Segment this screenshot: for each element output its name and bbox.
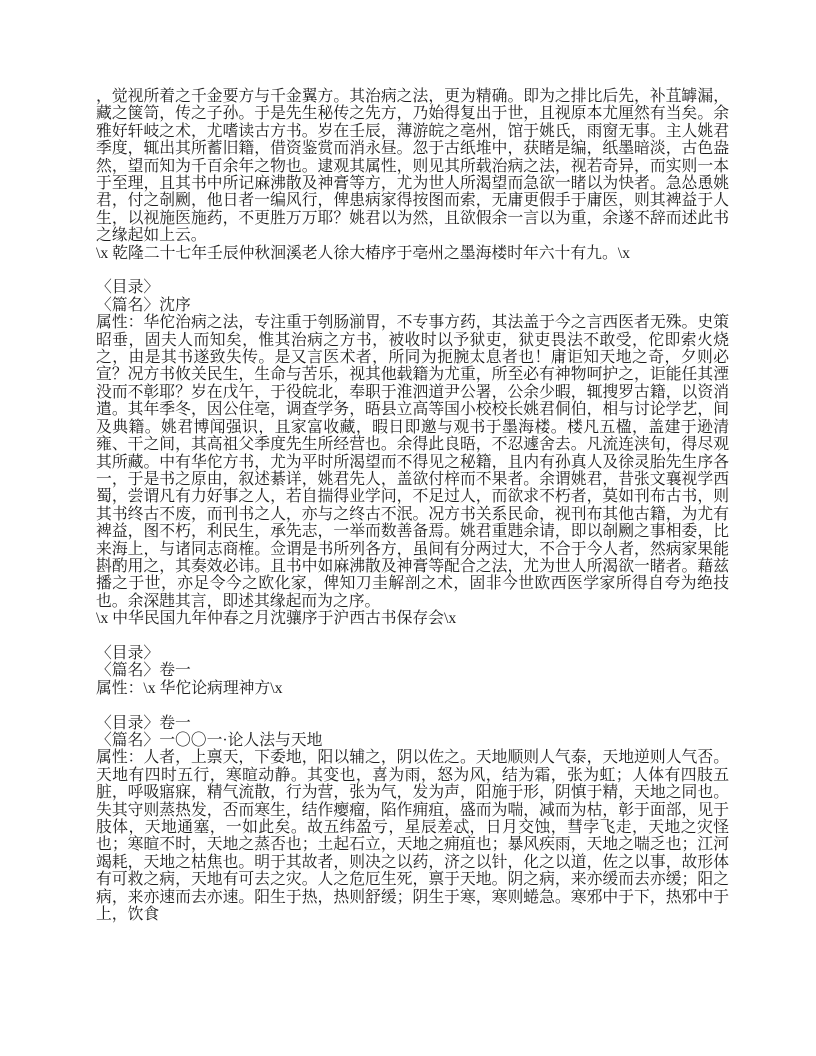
toc-tag-volume-one: 〈目录〉 (96, 645, 729, 662)
chapter-1001-paragraph: 属性：人者，上禀天，下委地，阳以辅之，阴以佐之。天地顺则人气泰，天地逆则人气否。… (96, 749, 729, 923)
xu-preface-paragraph: ，觉视所着之千金要方与千金翼方。其治病之法，更为精确。即为之排比后先，补苴罅漏，… (96, 88, 729, 245)
title-tag-shen: 〈篇名〉沈序 (96, 297, 729, 314)
title-tag-chapter-1001: 〈篇名〉一〇〇一·论人法与天地 (96, 732, 729, 749)
document-page: ，觉视所着之千金要方与千金翼方。其治病之法，更为精确。即为之排比后先，补苴罅漏，… (0, 0, 816, 1056)
text-column: ，觉视所着之千金要方与千金翼方。其治病之法，更为精确。即为之排比后先，补苴罅漏，… (96, 88, 729, 923)
xu-preface-colophon: \x 乾隆二十七年壬辰仲秋洄溪老人徐大椿序于亳州之墨海楼时年六十有九。\x (96, 245, 729, 262)
title-tag-volume-one: 〈篇名〉卷一 (96, 662, 729, 679)
volume-one-attribute-line: 属性：\x 华佗论病理神方\x (96, 680, 729, 697)
shen-preface-colophon: \x 中华民国九年仲春之月沈骧序于沪西古书保存会\x (96, 610, 729, 627)
toc-tag-chapter-1001: 〈目录〉卷一 (96, 715, 729, 732)
shen-preface-paragraph: 属性：华佗治病之法，专注重于刳肠湔胃，不专事方药，其法盖于今之言西医者无殊。史策… (96, 314, 729, 610)
toc-tag-shen: 〈目录〉 (96, 279, 729, 296)
